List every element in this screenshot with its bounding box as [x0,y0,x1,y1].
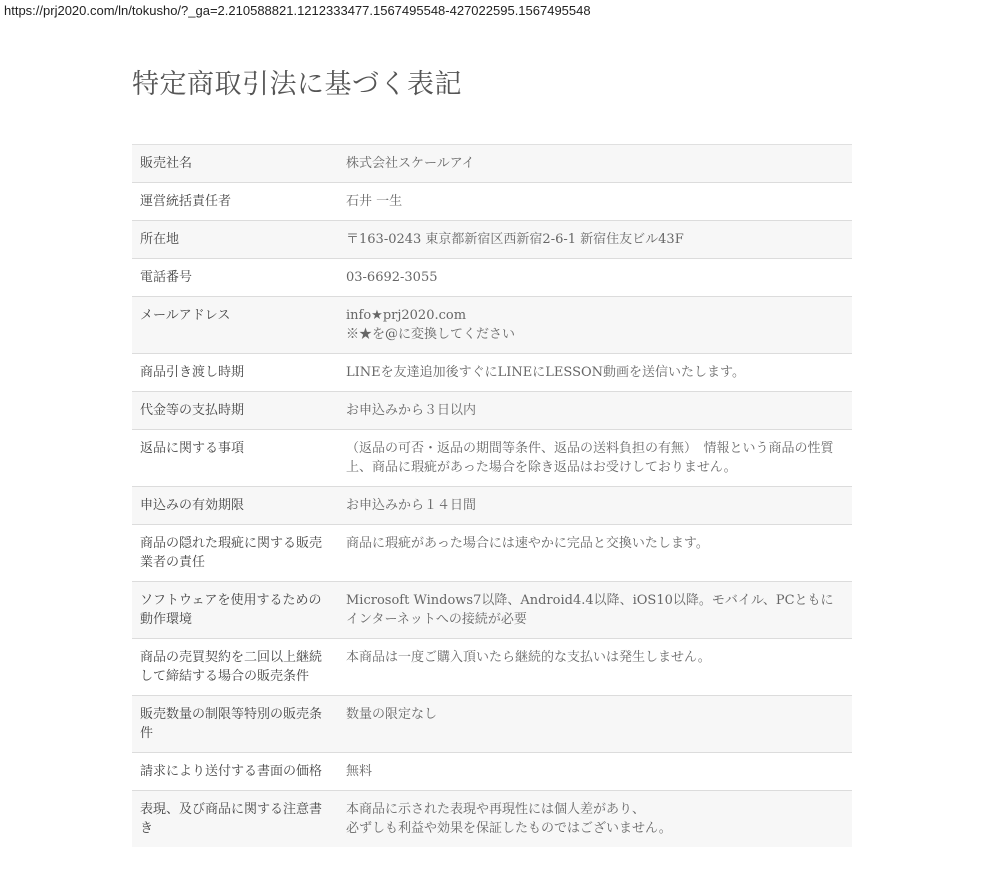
row-label: 商品の売買契約を二回以上継続して締結する場合の販売条件 [132,639,340,696]
table-row-manager: 運営統括責任者 石井 一生 [132,183,852,221]
value-line: 無料 [346,762,844,781]
value-line: Microsoft Windows7以降、Android4.4以降、iOS10以… [346,591,844,629]
table-row-address: 所在地 〒163-0243 東京都新宿区西新宿2-6-1 新宿住友ビル43F [132,221,852,259]
row-label: 商品の隠れた瑕疵に関する販売業者の責任 [132,525,340,582]
row-value: 数量の限定なし [340,696,852,753]
row-value: LINEを友達追加後すぐにLINEにLESSON動画を送信いたします。 [340,354,852,392]
row-value: 〒163-0243 東京都新宿区西新宿2-6-1 新宿住友ビル43F [340,221,852,259]
row-label: 電話番号 [132,259,340,297]
row-label: 表現、及び商品に関する注意書き [132,791,340,848]
value-line: 株式会社スケールアイ [346,154,844,173]
row-label: 申込みの有効期限 [132,487,340,525]
table-row-quantity-limit: 販売数量の制限等特別の販売条件 数量の限定なし [132,696,852,753]
value-line: お申込みから１４日間 [346,496,844,515]
table-row-seller-name: 販売社名 株式会社スケールアイ [132,145,852,183]
table-row-application-validity: 申込みの有効期限 お申込みから１４日間 [132,487,852,525]
value-line: （返品の可否・返品の期間等条件、返品の送料負担の有無） 情報という商品の性質上、… [346,439,844,477]
value-line: 本商品に示された表現や再現性には個人差があり、 [346,800,844,819]
value-line: ※★を@に変換してください [346,325,844,344]
row-label: メールアドレス [132,297,340,354]
row-value: 株式会社スケールアイ [340,145,852,183]
row-value: 本商品に示された表現や再現性には個人差があり、 必ずしも利益や効果を保証したもの… [340,791,852,848]
row-label: 販売社名 [132,145,340,183]
row-value: お申込みから３日以内 [340,392,852,430]
row-value: Microsoft Windows7以降、Android4.4以降、iOS10以… [340,582,852,639]
value-line: 本商品は一度ご購入頂いたら継続的な支払いは発生しません。 [346,648,844,667]
row-label: ソフトウェアを使用するための動作環境 [132,582,340,639]
row-label: 所在地 [132,221,340,259]
row-value: （返品の可否・返品の期間等条件、返品の送料負担の有無） 情報という商品の性質上、… [340,430,852,487]
page-title: 特定商取引法に基づく表記 [132,62,462,101]
table-row-disclaimer: 表現、及び商品に関する注意書き 本商品に示された表現や再現性には個人差があり、 … [132,791,852,848]
table-row-system-requirements: ソフトウェアを使用するための動作環境 Microsoft Windows7以降、… [132,582,852,639]
value-line: お申込みから３日以内 [346,401,844,420]
value-line: LINEを友達追加後すぐにLINEにLESSON動画を送信いたします。 [346,363,844,382]
value-line: info★prj2020.com [346,306,844,325]
value-line: 商品に瑕疵があった場合には速やかに完品と交換いたします。 [346,534,844,553]
row-value: 商品に瑕疵があった場合には速やかに完品と交換いたします。 [340,525,852,582]
row-label: 返品に関する事項 [132,430,340,487]
row-value: 無料 [340,753,852,791]
row-label: 販売数量の制限等特別の販売条件 [132,696,340,753]
row-label: 商品引き渡し時期 [132,354,340,392]
tokusho-table: 販売社名 株式会社スケールアイ 運営統括責任者 石井 一生 所在地 〒163-0… [132,144,852,847]
value-line: 〒163-0243 東京都新宿区西新宿2-6-1 新宿住友ビル43F [346,230,844,249]
value-line: 03-6692-3055 [346,268,844,287]
row-value: 石井 一生 [340,183,852,221]
table-row-document-price: 請求により送付する書面の価格 無料 [132,753,852,791]
table-row-delivery-time: 商品引き渡し時期 LINEを友達追加後すぐにLINEにLESSON動画を送信いた… [132,354,852,392]
table-row-recurring-contract: 商品の売買契約を二回以上継続して締結する場合の販売条件 本商品は一度ご購入頂いた… [132,639,852,696]
table-row-payment-time: 代金等の支払時期 お申込みから３日以内 [132,392,852,430]
table-row-phone: 電話番号 03-6692-3055 [132,259,852,297]
table-row-defect-liability: 商品の隠れた瑕疵に関する販売業者の責任 商品に瑕疵があった場合には速やかに完品と… [132,525,852,582]
row-value: info★prj2020.com ※★を@に変換してください [340,297,852,354]
table-row-returns: 返品に関する事項 （返品の可否・返品の期間等条件、返品の送料負担の有無） 情報と… [132,430,852,487]
row-label: 請求により送付する書面の価格 [132,753,340,791]
value-line: 数量の限定なし [346,705,844,724]
row-label: 代金等の支払時期 [132,392,340,430]
row-value: お申込みから１４日間 [340,487,852,525]
value-line: 石井 一生 [346,192,844,211]
row-value: 本商品は一度ご購入頂いたら継続的な支払いは発生しません。 [340,639,852,696]
table-row-email: メールアドレス info★prj2020.com ※★を@に変換してください [132,297,852,354]
value-line: 必ずしも利益や効果を保証したものではございません。 [346,819,844,838]
row-value: 03-6692-3055 [340,259,852,297]
row-label: 運営統括責任者 [132,183,340,221]
page-url-header: https://prj2020.com/ln/tokusho/?_ga=2.21… [4,3,591,18]
